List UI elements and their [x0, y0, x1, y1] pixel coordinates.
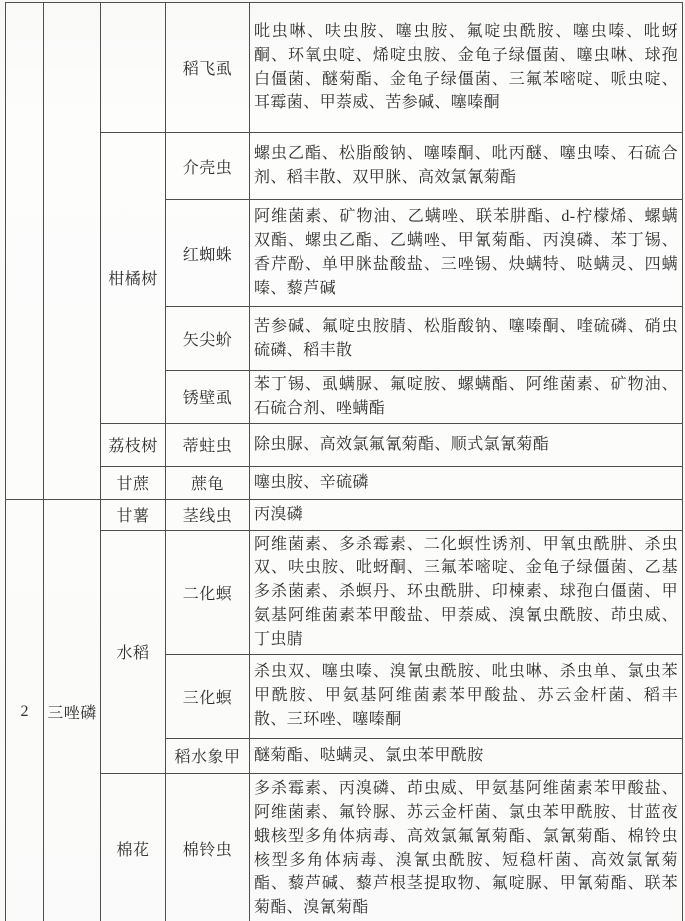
- pest-cell: 三化螟: [166, 654, 250, 738]
- pesticide-list-cell: 螺虫乙酯、松脂酸钠、噻嗪酮、吡丙醚、噻虫嗪、石硫合剂、稻丰散、双甲脒、高效氯氰菊…: [250, 133, 683, 200]
- pesticide-name-cell: 三唑磷: [44, 499, 101, 921]
- pest-cell: 稻飞虱: [166, 3, 250, 133]
- table-row: 2 三唑磷 甘薯 茎线虫 丙溴磷: [6, 499, 683, 530]
- pest-cell: 二化螟: [166, 530, 250, 654]
- crop-cell: 棉花: [101, 773, 166, 921]
- pest-cell: 茎线虫: [166, 499, 250, 530]
- table-row: 荔枝树 蒂蛀虫 除虫脲、高效氯氟氰菊酯、顺式氯氰菊酯: [6, 423, 683, 466]
- pesticide-registration-table: 稻飞虱 吡虫啉、呋虫胺、噻虫胺、氟啶虫酰胺、噻虫嗪、吡蚜酮、环氧虫啶、烯啶虫胺、…: [5, 2, 683, 921]
- pesticide-list-cell: 丙溴磷: [250, 499, 683, 530]
- pesticide-list-cell: 杀虫双、噻虫嗪、溴氰虫酰胺、吡虫啉、杀虫单、氯虫苯甲酰胺、甲氨基阿维菌素苯甲酸盐…: [250, 654, 683, 738]
- crop-cell: 甘薯: [101, 499, 166, 530]
- table-row: 柑橘树 介壳虫 螺虫乙酯、松脂酸钠、噻嗪酮、吡丙醚、噻虫嗪、石硫合剂、稻丰散、双…: [6, 133, 683, 200]
- pest-cell: 矢尖蚧: [166, 307, 250, 371]
- pest-cell: 介壳虫: [166, 133, 250, 200]
- pesticide-list-cell: 噻虫胺、辛硫磷: [250, 466, 683, 499]
- pesticide-name-cell: [44, 3, 101, 500]
- row-number-cell: 2: [6, 499, 44, 921]
- table-row: 稻飞虱 吡虫啉、呋虫胺、噻虫胺、氟啶虫酰胺、噻虫嗪、吡蚜酮、环氧虫啶、烯啶虫胺、…: [6, 3, 683, 133]
- pest-cell: 红蜘蛛: [166, 200, 250, 307]
- crop-cell: 甘蔗: [101, 466, 166, 499]
- row-number-cell: [6, 3, 44, 500]
- pest-cell: 稻水象甲: [166, 738, 250, 773]
- crop-cell: 柑橘树: [101, 133, 166, 424]
- pest-cell: 蔗龟: [166, 466, 250, 499]
- table-row: 甘蔗 蔗龟 噻虫胺、辛硫磷: [6, 466, 683, 499]
- pesticide-list-cell: 阿维菌素、多杀霉素、二化螟性诱剂、甲氧虫酰肼、杀虫双、呋虫胺、吡蚜酮、三氟苯嘧啶…: [250, 530, 683, 654]
- pesticide-list-cell: 多杀霉素、丙溴磷、茚虫威、甲氨基阿维菌素苯甲酸盐、阿维菌素、氟铃脲、苏云金杆菌、…: [250, 773, 683, 921]
- pesticide-list-cell: 除虫脲、高效氯氟氰菊酯、顺式氯氰菊酯: [250, 423, 683, 466]
- table-row: 棉花 棉铃虫 多杀霉素、丙溴磷、茚虫威、甲氨基阿维菌素苯甲酸盐、阿维菌素、氟铃脲…: [6, 773, 683, 921]
- pesticide-list-cell: 醚菊酯、哒螨灵、氯虫苯甲酰胺: [250, 738, 683, 773]
- pesticide-list-cell: 苯丁锡、虱螨脲、氟啶胺、螺螨酯、阿维菌素、矿物油、石硫合剂、唑螨酯: [250, 371, 683, 424]
- pesticide-list-cell: 阿维菌素、矿物油、乙螨唑、联苯肼酯、d-柠檬烯、螺螨双酯、螺虫乙酯、乙螨唑、甲氰…: [250, 200, 683, 307]
- crop-cell: 水稻: [101, 530, 166, 773]
- table-row: 水稻 二化螟 阿维菌素、多杀霉素、二化螟性诱剂、甲氧虫酰肼、杀虫双、呋虫胺、吡蚜…: [6, 530, 683, 654]
- pesticide-list-cell: 吡虫啉、呋虫胺、噻虫胺、氟啶虫酰胺、噻虫嗪、吡蚜酮、环氧虫啶、烯啶虫胺、金龟子绿…: [250, 3, 683, 133]
- crop-cell: 荔枝树: [101, 423, 166, 466]
- pest-cell: 棉铃虫: [166, 773, 250, 921]
- pest-cell: 锈壁虱: [166, 371, 250, 424]
- scanned-document-page: 稻飞虱 吡虫啉、呋虫胺、噻虫胺、氟啶虫酰胺、噻虫嗪、吡蚜酮、环氧虫啶、烯啶虫胺、…: [0, 0, 685, 921]
- pest-cell: 蒂蛀虫: [166, 423, 250, 466]
- crop-cell: [101, 3, 166, 133]
- pesticide-list-cell: 苦参碱、氟啶虫胺腈、松脂酸钠、噻嗪酮、喹硫磷、硝虫硫磷、稻丰散: [250, 307, 683, 371]
